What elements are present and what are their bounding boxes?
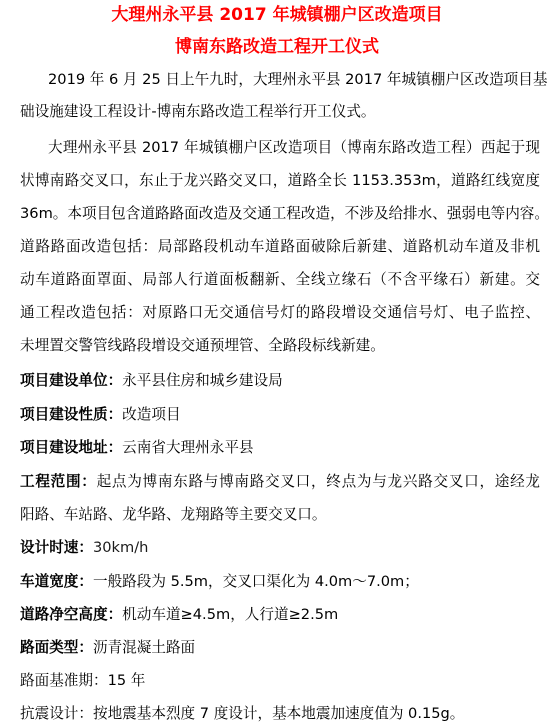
spec-label: 道路净空高度： bbox=[20, 606, 122, 623]
scope-line-1: 工程范围：起点为博南东路与博南路交叉口，终点为与龙兴路交叉口，途经龙 bbox=[20, 472, 540, 492]
paragraph-2-line-2: 状博南路交叉口，东止于龙兴路交叉口，道路全长 1153.353m，道路红线宽度 bbox=[20, 171, 540, 191]
paragraph-2-line-6: 通工程改造包括：对原路口无交通信号灯的路段增设交通信号灯、电子监控、 bbox=[20, 303, 540, 323]
document-title-line-2: 博南东路改造工程开工仪式 bbox=[0, 37, 554, 57]
spec-label: 路面类型： bbox=[20, 639, 93, 656]
field-value: 改造项目 bbox=[122, 406, 180, 423]
spec-value: 机动车道≥4.5m，人行道≥2.5m bbox=[122, 606, 338, 623]
spec-lane-width: 车道宽度：一般路段为 5.5m，交叉口渠化为 4.0m～7.0m； bbox=[20, 572, 540, 592]
spec-value: 一般路段为 5.5m，交叉口渠化为 4.0m～7.0m； bbox=[93, 573, 419, 590]
field-construction-unit: 项目建设单位：永平县住房和城乡建设局 bbox=[20, 371, 540, 391]
field-value: 云南省大理州永平县 bbox=[122, 439, 253, 456]
spec-seismic-design: 抗震设计：按地震基本烈度 7 度设计，基本地震加速度值为 0.15g。 bbox=[20, 704, 540, 724]
field-construction-nature: 项目建设性质：改造项目 bbox=[20, 405, 540, 425]
spec-value: 30km/h bbox=[93, 539, 148, 556]
paragraph-2-line-7: 未埋置交警管线路段增设交通预埋管、全路段标线新建。 bbox=[20, 336, 540, 356]
spec-pavement-type: 路面类型：沥青混凝土路面 bbox=[20, 638, 540, 658]
scope-line-2: 阳路、车站路、龙华路、龙翔路等主要交叉口。 bbox=[20, 505, 540, 525]
scope-label: 工程范围： bbox=[20, 473, 97, 490]
field-label: 项目建设性质： bbox=[20, 406, 122, 423]
paragraph-2-line-4: 道路路面改造包括：局部路段机动车道路面破除后新建、道路机动车道及非机 bbox=[20, 237, 540, 257]
paragraph-2-line-5: 动车道路面罩面、局部人行道面板翻新、全线立缘石（不含平缘石）新建。交 bbox=[20, 270, 540, 290]
paragraph-2-line-3: 36m。本项目包含道路路面改造及交通工程改造，不涉及给排水、强弱电等内容。 bbox=[20, 204, 540, 224]
spec-clearance-height: 道路净空高度：机动车道≥4.5m，人行道≥2.5m bbox=[20, 605, 540, 625]
field-label: 项目建设单位： bbox=[20, 372, 122, 389]
spec-label: 设计时速： bbox=[20, 539, 93, 556]
spec-label: 车道宽度： bbox=[20, 573, 93, 590]
spec-design-speed: 设计时速：30km/h bbox=[20, 538, 540, 558]
field-value: 永平县住房和城乡建设局 bbox=[122, 372, 283, 389]
paragraph-1-line-2: 础设施建设工程设计-博南东路改造工程举行开工仪式。 bbox=[20, 102, 540, 122]
spec-value: 沥青混凝土路面 bbox=[93, 639, 195, 656]
paragraph-2-line-1: 大理州永平县 2017 年城镇棚户区改造项目（博南东路改造工程）西起于现 bbox=[48, 138, 540, 158]
scope-value: 起点为博南东路与博南路交叉口，终点为与龙兴路交叉口，途经龙 bbox=[97, 473, 540, 490]
field-label: 项目建设地址： bbox=[20, 439, 122, 456]
paragraph-1-line-1: 2019 年 6 月 25 日上午九时，大理州永平县 2017 年城镇棚户区改造… bbox=[48, 70, 540, 90]
field-construction-address: 项目建设地址：云南省大理州永平县 bbox=[20, 438, 540, 458]
document-title-line-1: 大理州永平县 2017 年城镇棚户区改造项目 bbox=[0, 5, 554, 25]
spec-pavement-period: 路面基准期：15 年 bbox=[20, 671, 540, 691]
